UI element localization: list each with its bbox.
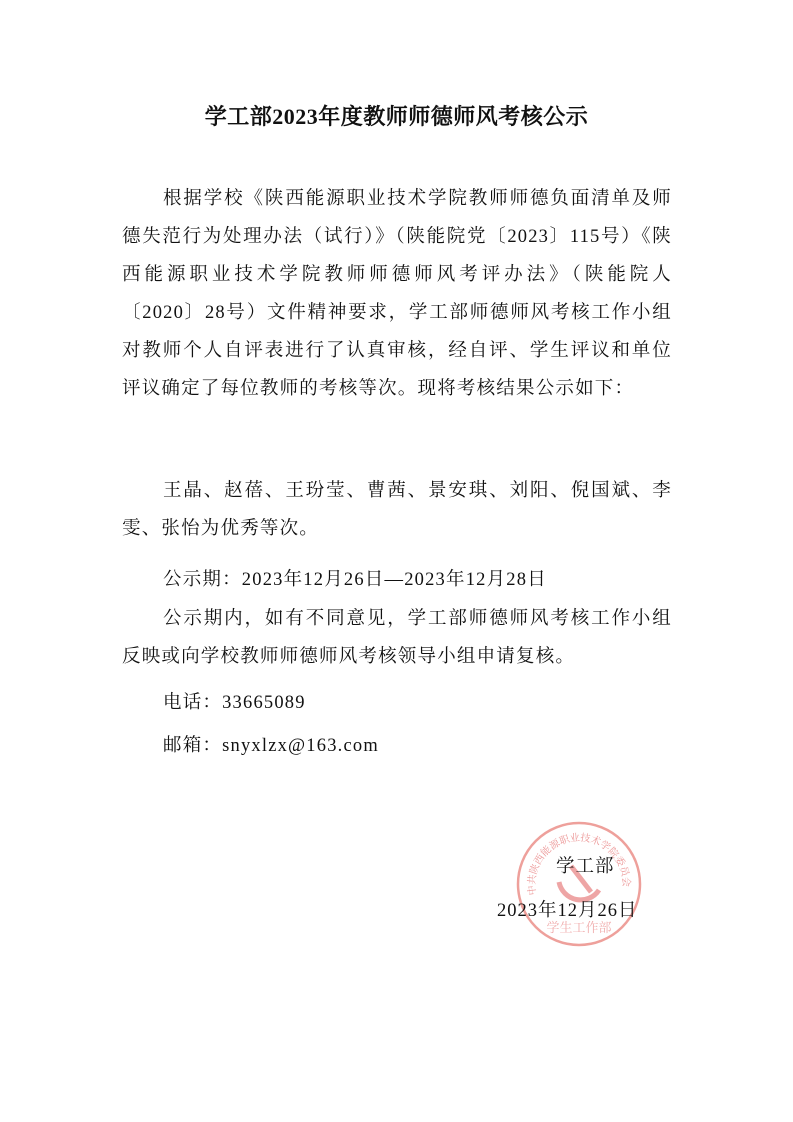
email-label: 邮箱： [163,736,222,756]
paragraph-basis: 根据学校《陕西能源职业技术学院教师师德负面清单及师德失范行为处理办法（试行）》（… [122,180,672,408]
document-page: 学工部2023年度教师师德师风考核公示 根据学校《陕西能源职业技术学院教师师德负… [0,0,793,1122]
paragraph-appeal: 公示期内，如有不同意见，学工部师德师风考核工作小组反映或向学校教师师德师风考核领… [122,600,672,676]
seal-bottom-text: 学生工作部 [546,920,611,936]
official-seal-icon: 中共陕西能源职业技术学院委员会 学生工作部 [515,820,643,948]
contact-phone: 电话：33665089 [163,688,306,714]
paragraph-excellent-list: 王晶、赵蓓、王玢莹、曹茜、景安琪、刘阳、倪国斌、李雯、张怡为优秀等次。 [122,472,672,548]
signature-date: 2023年12月26日 [497,896,638,922]
signature-department: 学工部 [556,852,615,878]
document-title: 学工部2023年度教师师德师风考核公示 [0,100,793,131]
phone-number: 33665089 [222,693,306,713]
contact-email: 邮箱：snyxlzx@163.com [163,731,379,757]
email-address: snyxlzx@163.com [222,736,379,756]
publicity-period: 公示期：2023年12月26日—2023年12月28日 [163,565,547,591]
phone-label: 电话： [163,693,222,713]
